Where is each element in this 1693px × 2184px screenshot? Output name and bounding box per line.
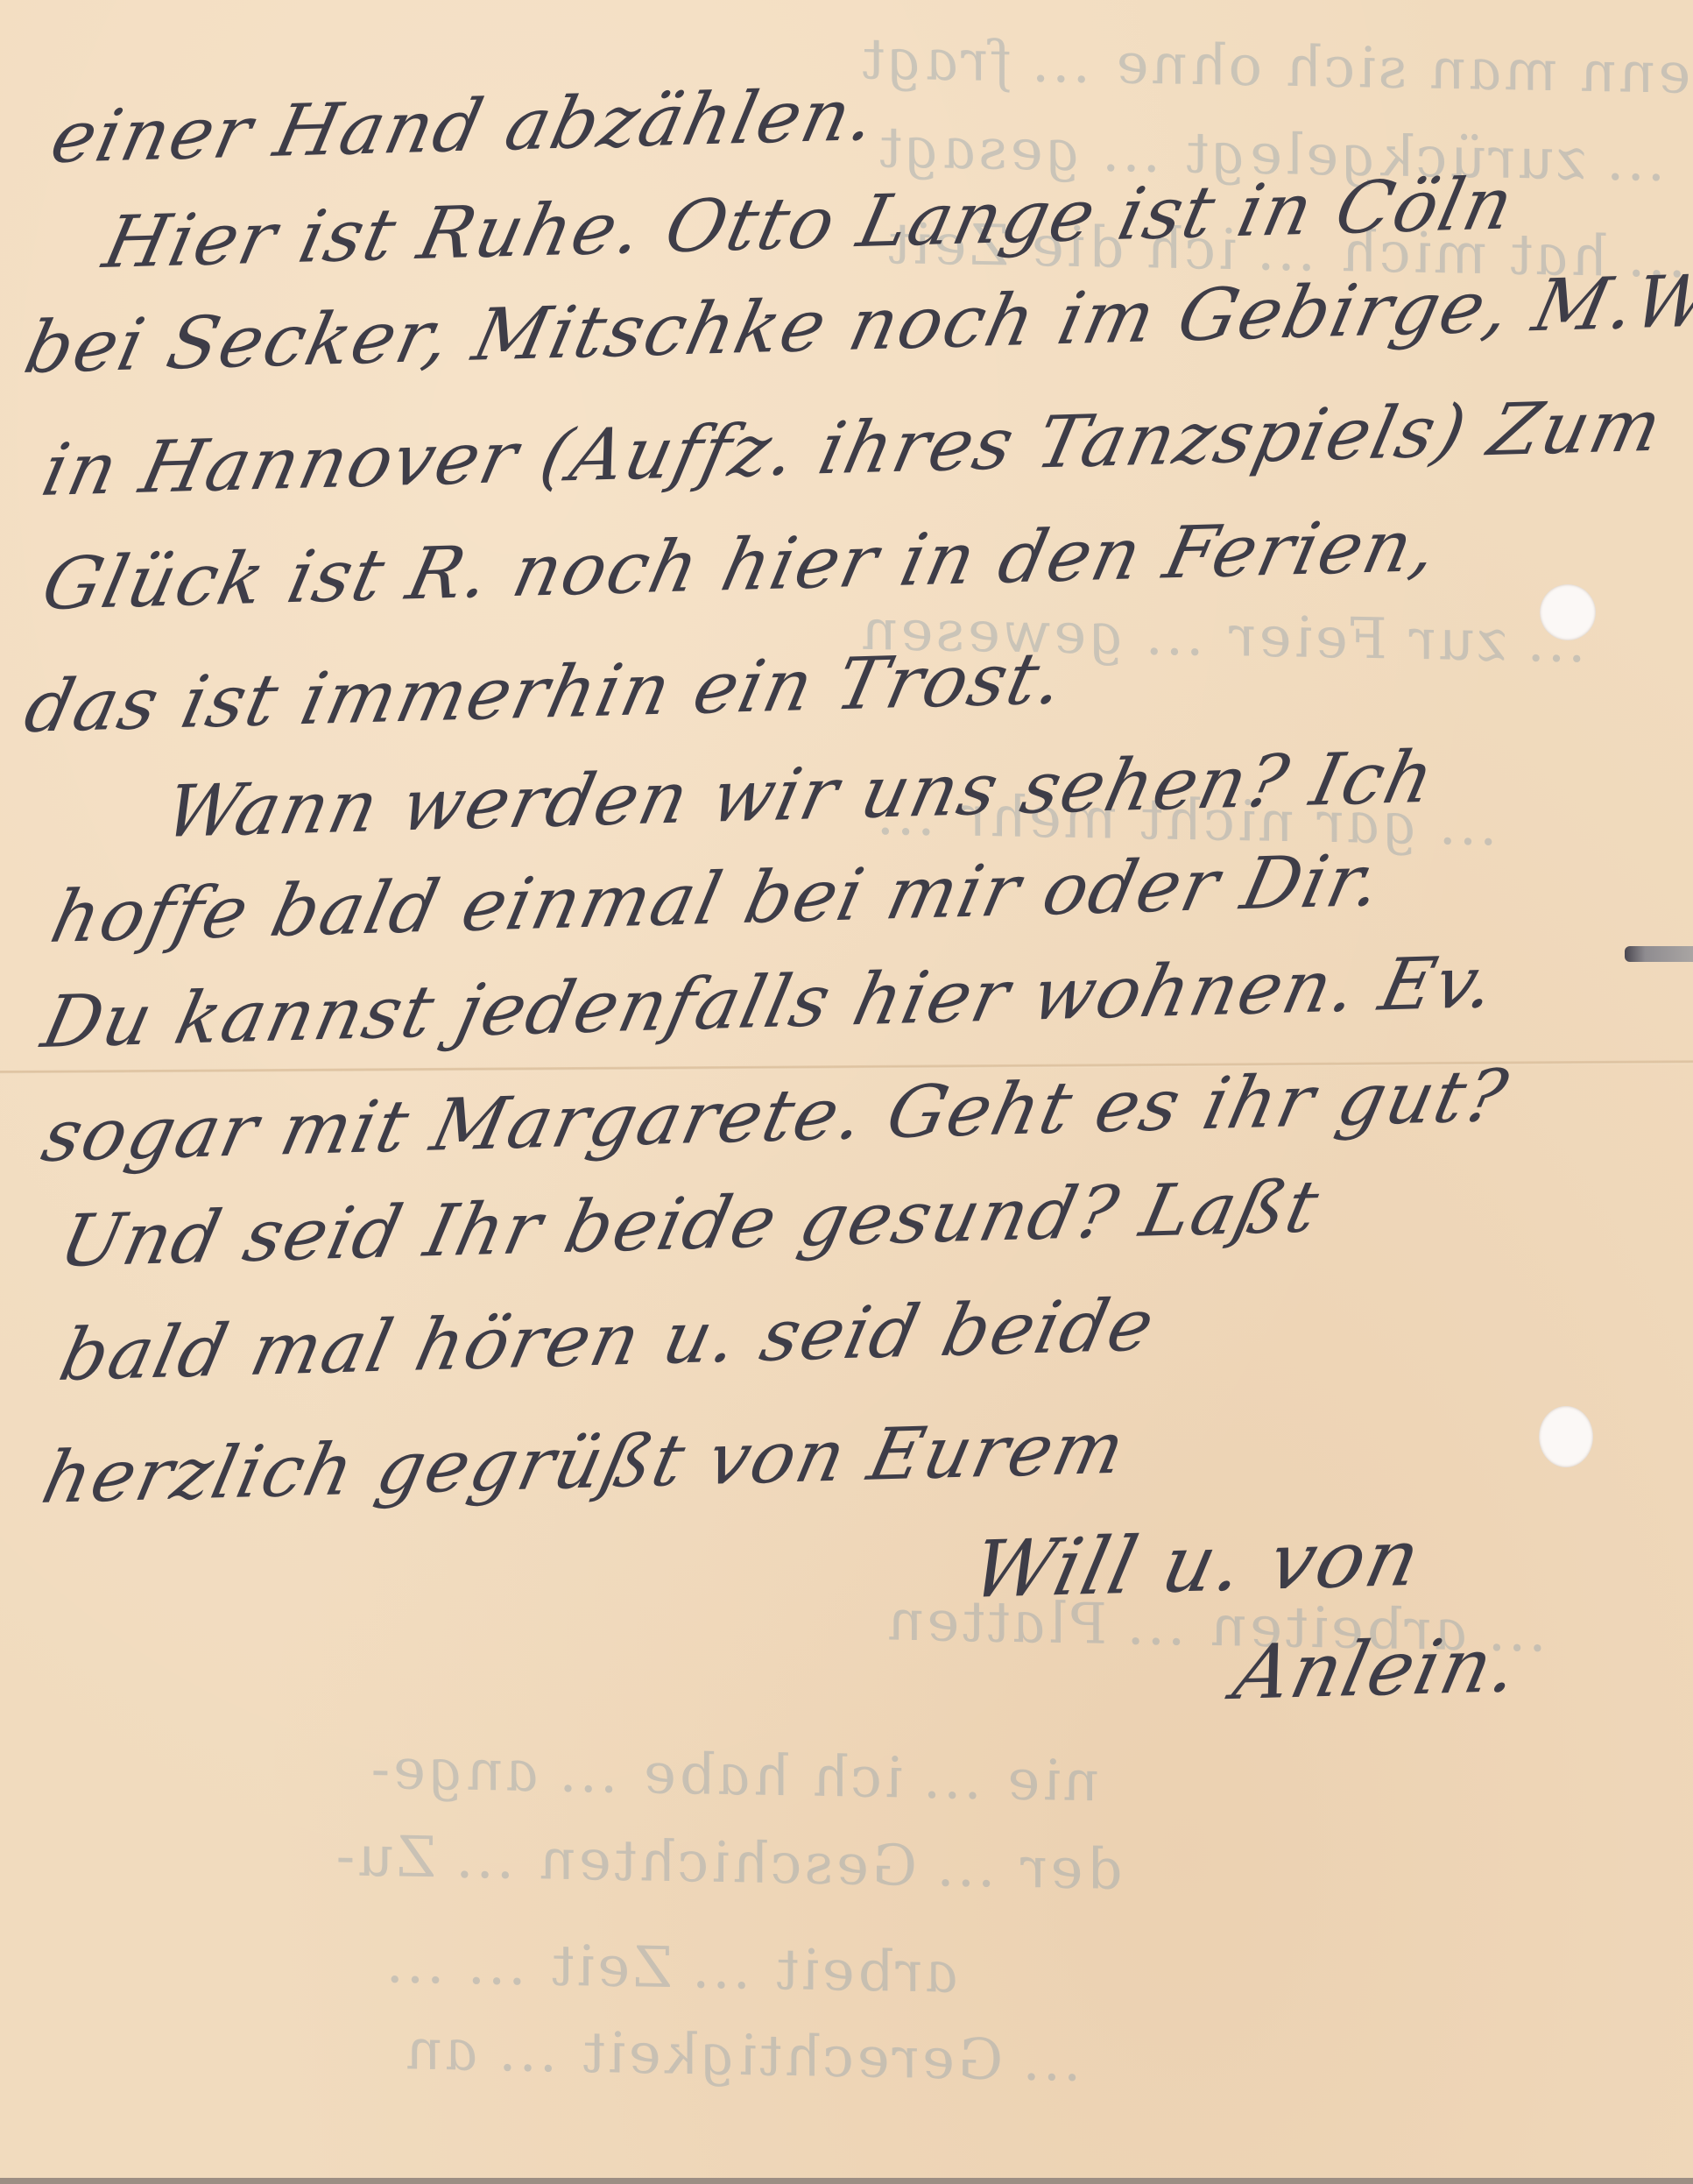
- bleed-through-line: ... Gerechtigkeit ... an: [398, 2018, 1090, 2095]
- bleed-through-line: der ... Geschichten ... Zu-: [328, 1824, 1128, 1903]
- letter-page: wenn man sich ohne ... fragt ... zurückg…: [0, 0, 1693, 2184]
- signature-will: Will u. von: [963, 1512, 1430, 1616]
- letter-line-13: herzlich gegrüßt von Eurem: [35, 1407, 1133, 1520]
- bleed-through-line: nie ... ich habe ... ange-: [363, 1737, 1106, 1815]
- letter-line-6: das ist immerhin ein Trost.: [18, 637, 1073, 749]
- letter-line-12: bald mal hören u. seid beide: [53, 1283, 1163, 1397]
- scan-bottom-edge: [0, 2178, 1693, 2184]
- bleed-through-line: wenn man sich ohne ... fragt: [853, 27, 1693, 108]
- letter-line-9: Du kannst jedenfalls hier wohnen. Ev.: [35, 941, 1504, 1064]
- punch-hole-top: [1540, 584, 1596, 640]
- letter-line-1: einer Hand abzählen.: [44, 74, 885, 180]
- letter-line-10: sogar mit Margarete. Geht es ihr gut?: [35, 1055, 1516, 1178]
- ink-smudge-mark: [1625, 946, 1693, 962]
- bleed-through-line: arbeit ... Zeit ... ...: [380, 1931, 965, 2005]
- letter-line-8: hoffe bald einmal bei mir oder Dir.: [44, 839, 1390, 959]
- letter-line-11: Und seid Ihr beide gesund? Laßt: [53, 1165, 1327, 1283]
- signature-anlein: Anlein.: [1226, 1622, 1527, 1717]
- letter-line-4: in Hannover (Auffz. ihres Tanzspiels) Zu…: [35, 385, 1670, 512]
- punch-hole-bottom: [1539, 1406, 1593, 1467]
